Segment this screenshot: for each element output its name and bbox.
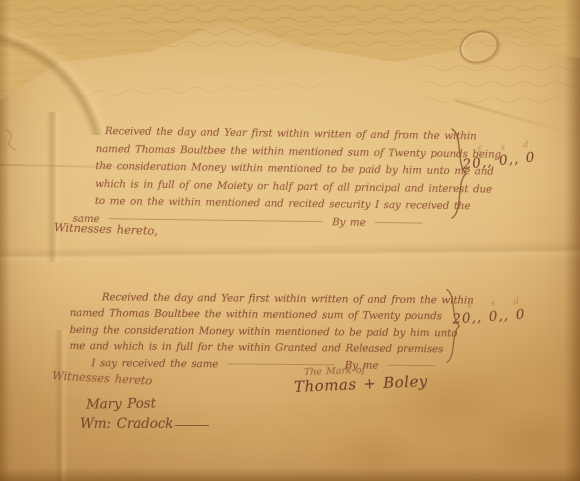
ink-rule <box>227 363 336 365</box>
amount-group-top: £ s d 20,, 0,, 0 <box>461 139 538 173</box>
bracket-brace <box>449 127 469 224</box>
receipt-top-text: Received the day and Year first within w… <box>95 123 448 233</box>
witness-signature-mary-post: Mary Post <box>86 395 156 412</box>
witness-name-text: Wm: Cradock <box>80 416 173 432</box>
parchment-edge-right <box>564 0 580 481</box>
parchment-document-photo: Received the day and Year first within w… <box>0 0 580 481</box>
signature-flourish <box>175 425 209 426</box>
vertical-crease <box>46 112 62 262</box>
parchment-edge-bottom <box>0 468 580 481</box>
witness-signature-wm-cradock: Wm: Cradock <box>80 416 209 432</box>
ink-rule <box>375 222 423 224</box>
bleedthrough-script <box>118 2 566 58</box>
bleedthrough-script-left <box>1 2 113 56</box>
by-me-label: By me <box>332 214 366 232</box>
vertical-crease-lower <box>54 330 68 481</box>
witnesses-label-top: Witnesses hereto, <box>54 220 158 238</box>
ink-rule <box>109 218 324 222</box>
ink-rule <box>387 364 435 365</box>
same-phrase: I say received the same <box>91 355 218 373</box>
parchment-edge-left <box>0 0 10 481</box>
amount-value: 20,, 0,, 0 <box>452 306 528 327</box>
horizontal-fold-crease <box>0 241 580 265</box>
receipt-bottom-text: Received the day and Year first within w… <box>69 289 442 374</box>
amount-group-bottom: £ s d 20,, 0,, 0 <box>451 296 527 327</box>
